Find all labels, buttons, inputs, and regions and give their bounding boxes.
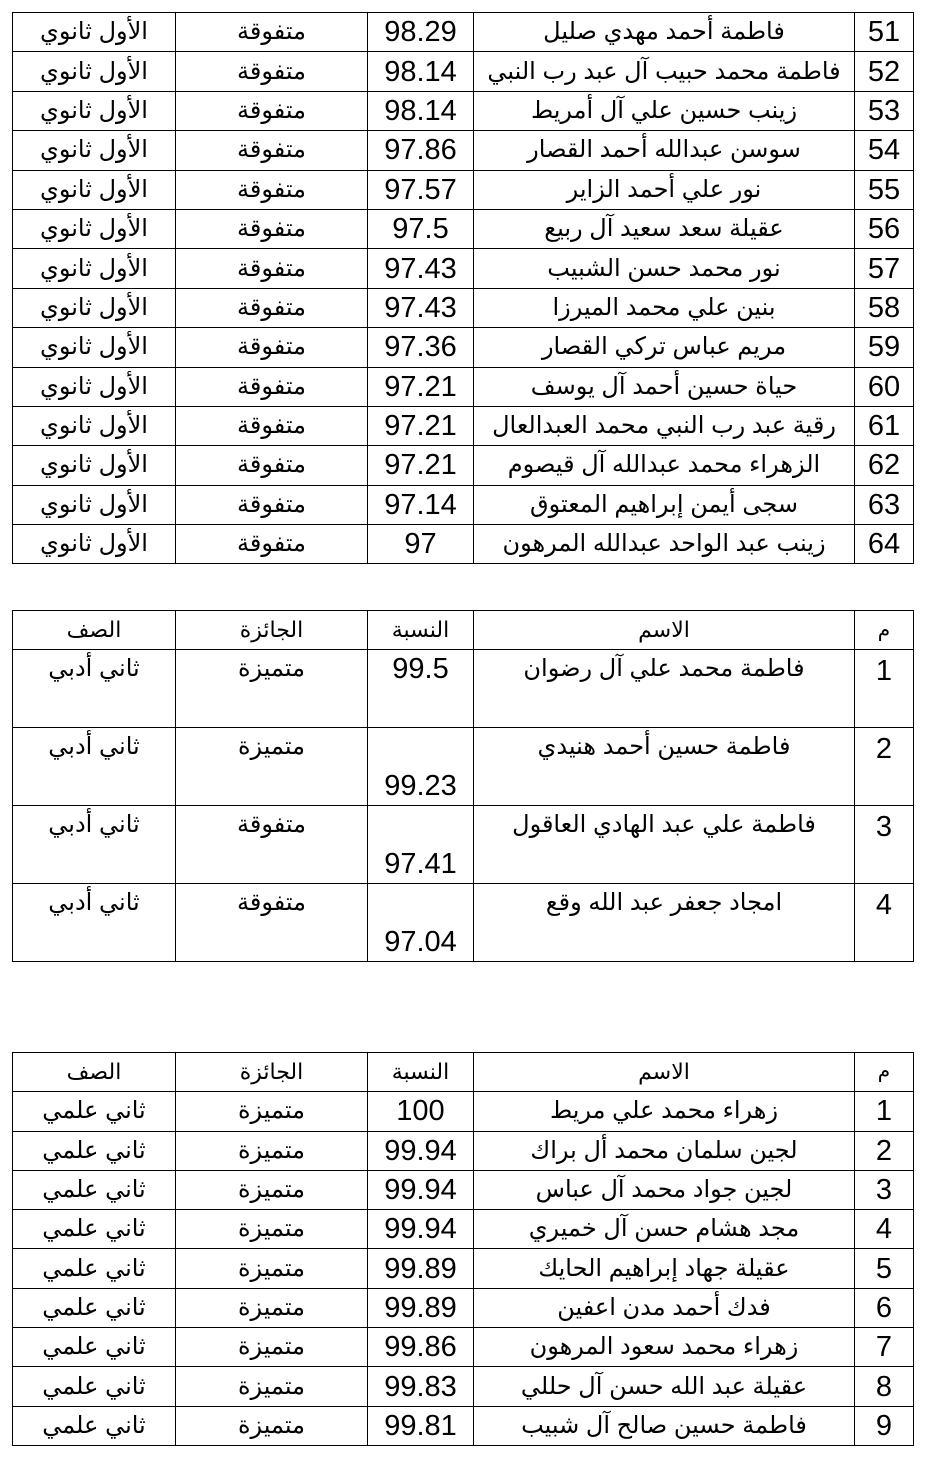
cell-number: 52: [855, 52, 914, 91]
cell-award: متفوقة: [176, 209, 368, 248]
cell-number: 58: [855, 288, 914, 327]
cell-number: 9: [855, 1406, 914, 1445]
cell-award: متميزة: [176, 1406, 368, 1445]
cell-name: عقيلة عبد الله حسن آل حللي: [474, 1367, 855, 1406]
table-row: الأول ثانويمتفوقة97زينب عبد الواحد عبدال…: [13, 525, 914, 564]
second-scientific-table-body: ثاني علميمتميزة100زهراء محمد علي مريط1ثا…: [13, 1092, 914, 1446]
table-row: ثاني علميمتميزة99.89فدك أحمد مدن اعفين6: [13, 1288, 914, 1327]
cell-award: متميزة: [176, 650, 368, 728]
cell-percentage: 97.86: [368, 131, 474, 170]
cell-grade: الأول ثانوي: [13, 367, 176, 406]
cell-number: 3: [855, 806, 914, 884]
cell-name: زينب عبد الواحد عبدالله المرهون: [474, 525, 855, 564]
cell-grade: ثاني علمي: [13, 1288, 176, 1327]
cell-name: نور محمد حسن الشبيب: [474, 249, 855, 288]
table-row: الأول ثانويمتفوقة97.21حياة حسين أحمد آل …: [13, 367, 914, 406]
table-row: الأول ثانويمتفوقة97.57نور علي أحمد الزاي…: [13, 170, 914, 209]
cell-grade: ثاني علمي: [13, 1170, 176, 1209]
cell-grade: ثاني أدبي: [13, 728, 176, 806]
table-row: ثاني علميمتميزة99.94لجين جواد محمد آل عب…: [13, 1170, 914, 1209]
table-row: ثاني علميمتميزة99.86زهراء محمد سعود المر…: [13, 1328, 914, 1367]
cell-name: فدك أحمد مدن اعفين: [474, 1288, 855, 1327]
cell-percentage: 99.94: [368, 1131, 474, 1170]
table-row: ثاني أدبيمتميزة99.5فاطمة محمد علي آل رضو…: [13, 650, 914, 728]
cell-name: الزهراء محمد عبدالله آل قيصوم: [474, 446, 855, 485]
cell-grade: ثاني علمي: [13, 1406, 176, 1445]
cell-percentage: 99.94: [368, 1210, 474, 1249]
cell-percentage: 99.81: [368, 1406, 474, 1445]
cell-number: 8: [855, 1367, 914, 1406]
cell-name: فاطمة محمد علي آل رضوان: [474, 650, 855, 728]
cell-percentage: 98.14: [368, 52, 474, 91]
cell-number: 63: [855, 485, 914, 524]
table-row: الأول ثانويمتفوقة97.36مريم عباس تركي الق…: [13, 328, 914, 367]
table-row: الأول ثانويمتفوقة97.43بنين علي محمد المي…: [13, 288, 914, 327]
cell-percentage: 99.5: [368, 650, 474, 728]
cell-number: 53: [855, 91, 914, 130]
cell-award: متفوقة: [176, 806, 368, 884]
cell-number: 5: [855, 1249, 914, 1288]
cell-number: 1: [855, 1092, 914, 1131]
table-row: الأول ثانويمتفوقة97.43نور محمد حسن الشبي…: [13, 249, 914, 288]
cell-award: متفوقة: [176, 367, 368, 406]
cell-number: 7: [855, 1328, 914, 1367]
header-grade: الصف: [13, 611, 176, 650]
cell-award: متفوقة: [176, 406, 368, 445]
cell-name: زينب حسين علي آل أمريط: [474, 91, 855, 130]
cell-award: متفوقة: [176, 249, 368, 288]
cell-grade: ثاني علمي: [13, 1131, 176, 1170]
cell-name: مجد هشام حسن آل خميري: [474, 1210, 855, 1249]
cell-percentage: 98.14: [368, 91, 474, 130]
cell-percentage: 99.86: [368, 1328, 474, 1367]
cell-grade: الأول ثانوي: [13, 249, 176, 288]
table-row: ثاني علميمتميزة99.94لجين سلمان محمد أل ب…: [13, 1131, 914, 1170]
cell-award: متفوقة: [176, 170, 368, 209]
second-scientific-honors-table: الصف الجائزة النسبة الاسم م ثاني علميمتم…: [12, 1052, 914, 1446]
cell-award: متفوقة: [176, 525, 368, 564]
cell-name: لجين سلمان محمد أل براك: [474, 1131, 855, 1170]
cell-grade: ثاني أدبي: [13, 806, 176, 884]
second-literary-honors-table: الصف الجائزة النسبة الاسم م ثاني أدبيمتم…: [12, 610, 914, 962]
cell-percentage: 99.94: [368, 1170, 474, 1209]
cell-grade: الأول ثانوي: [13, 485, 176, 524]
cell-name: لجين جواد محمد آل عباس: [474, 1170, 855, 1209]
cell-name: فاطمة حسين أحمد هنيدي: [474, 728, 855, 806]
cell-award: متميزة: [176, 728, 368, 806]
table-row: الأول ثانويمتفوقة97.21رقية عبد رب النبي …: [13, 406, 914, 445]
cell-percentage: 97.43: [368, 288, 474, 327]
cell-award: متميزة: [176, 1092, 368, 1131]
cell-percentage: 100: [368, 1092, 474, 1131]
cell-award: متفوقة: [176, 446, 368, 485]
cell-percentage: 97.21: [368, 406, 474, 445]
cell-award: متميزة: [176, 1288, 368, 1327]
cell-grade: ثاني علمي: [13, 1210, 176, 1249]
table-row: الأول ثانويمتفوقة98.14فاطمة محمد حبيب آل…: [13, 52, 914, 91]
cell-name: سجى أيمن إبراهيم المعتوق: [474, 485, 855, 524]
cell-number: 64: [855, 525, 914, 564]
table-row: ثاني علميمتميزة100زهراء محمد علي مريط1: [13, 1092, 914, 1131]
cell-percentage: 97.43: [368, 249, 474, 288]
cell-award: متميزة: [176, 1131, 368, 1170]
cell-award: متميزة: [176, 1367, 368, 1406]
header-percentage: النسبة: [368, 611, 474, 650]
table-row: ثاني علميمتميزة99.89عقيلة جهاد إبراهيم ا…: [13, 1249, 914, 1288]
cell-number: 54: [855, 131, 914, 170]
table-row: الأول ثانويمتفوقة97.5عقيلة سعد سعيد آل ر…: [13, 209, 914, 248]
table-row: الأول ثانويمتفوقة97.14سجى أيمن إبراهيم ا…: [13, 485, 914, 524]
cell-percentage: 98.29: [368, 13, 474, 52]
cell-name: بنين علي محمد الميرزا: [474, 288, 855, 327]
cell-number: 60: [855, 367, 914, 406]
cell-award: متفوقة: [176, 131, 368, 170]
cell-number: 62: [855, 446, 914, 485]
cell-grade: الأول ثانوي: [13, 209, 176, 248]
second-literary-table-body: ثاني أدبيمتميزة99.5فاطمة محمد علي آل رضو…: [13, 650, 914, 962]
cell-percentage: 97.36: [368, 328, 474, 367]
cell-grade: الأول ثانوي: [13, 446, 176, 485]
header-name: الاسم: [474, 1053, 855, 1092]
cell-grade: الأول ثانوي: [13, 328, 176, 367]
cell-number: 51: [855, 13, 914, 52]
cell-percentage: 97.41: [368, 806, 474, 884]
cell-award: متفوقة: [176, 288, 368, 327]
cell-grade: الأول ثانوي: [13, 13, 176, 52]
cell-percentage: 97.14: [368, 485, 474, 524]
cell-grade: الأول ثانوي: [13, 170, 176, 209]
first-secondary-table-body: الأول ثانويمتفوقة98.29فاطمة أحمد مهدي صل…: [13, 13, 914, 564]
header-award: الجائزة: [176, 611, 368, 650]
header-name: الاسم: [474, 611, 855, 650]
cell-percentage: 97.04: [368, 884, 474, 962]
cell-grade: الأول ثانوي: [13, 91, 176, 130]
cell-number: 2: [855, 1131, 914, 1170]
cell-percentage: 97.21: [368, 367, 474, 406]
cell-percentage: 97.57: [368, 170, 474, 209]
table-header-row: الصف الجائزة النسبة الاسم م: [13, 1053, 914, 1092]
table-row: ثاني علميمتميزة99.81فاطمة حسين صالح آل ش…: [13, 1406, 914, 1445]
cell-award: متفوقة: [176, 884, 368, 962]
cell-number: 57: [855, 249, 914, 288]
cell-number: 2: [855, 728, 914, 806]
cell-grade: الأول ثانوي: [13, 131, 176, 170]
cell-award: متفوقة: [176, 91, 368, 130]
cell-award: متميزة: [176, 1210, 368, 1249]
cell-percentage: 97.5: [368, 209, 474, 248]
cell-name: سوسن عبدالله أحمد القصار: [474, 131, 855, 170]
table-row: الأول ثانويمتفوقة98.14زينب حسين علي آل أ…: [13, 91, 914, 130]
cell-percentage: 99.89: [368, 1249, 474, 1288]
cell-grade: الأول ثانوي: [13, 406, 176, 445]
cell-percentage: 99.23: [368, 728, 474, 806]
cell-award: متفوقة: [176, 52, 368, 91]
cell-name: امجاد جعفر عبد الله وقع: [474, 884, 855, 962]
cell-grade: ثاني أدبي: [13, 884, 176, 962]
table-row: ثاني أدبيمتميزة99.23فاطمة حسين أحمد هنيد…: [13, 728, 914, 806]
cell-name: فاطمة محمد حبيب آل عبد رب النبي: [474, 52, 855, 91]
cell-number: 59: [855, 328, 914, 367]
cell-percentage: 97.21: [368, 446, 474, 485]
cell-number: 3: [855, 1170, 914, 1209]
cell-grade: ثاني علمي: [13, 1328, 176, 1367]
header-number: م: [855, 1053, 914, 1092]
cell-name: مريم عباس تركي القصار: [474, 328, 855, 367]
table-row: الأول ثانويمتفوقة97.21الزهراء محمد عبدال…: [13, 446, 914, 485]
cell-award: متميزة: [176, 1170, 368, 1209]
header-award: الجائزة: [176, 1053, 368, 1092]
header-percentage: النسبة: [368, 1053, 474, 1092]
cell-name: نور علي أحمد الزاير: [474, 170, 855, 209]
first-secondary-honors-table: الأول ثانويمتفوقة98.29فاطمة أحمد مهدي صل…: [12, 12, 914, 564]
cell-name: فاطمة حسين صالح آل شبيب: [474, 1406, 855, 1445]
cell-percentage: 99.89: [368, 1288, 474, 1327]
cell-number: 4: [855, 884, 914, 962]
cell-name: حياة حسين أحمد آل يوسف: [474, 367, 855, 406]
cell-percentage: 99.83: [368, 1367, 474, 1406]
cell-grade: ثاني أدبي: [13, 650, 176, 728]
cell-name: فاطمة أحمد مهدي صليل: [474, 13, 855, 52]
cell-name: رقية عبد رب النبي محمد العبدالعال: [474, 406, 855, 445]
cell-grade: الأول ثانوي: [13, 288, 176, 327]
cell-number: 4: [855, 1210, 914, 1249]
cell-number: 1: [855, 650, 914, 728]
table-row: الأول ثانويمتفوقة98.29فاطمة أحمد مهدي صل…: [13, 13, 914, 52]
cell-grade: ثاني علمي: [13, 1367, 176, 1406]
cell-grade: ثاني علمي: [13, 1092, 176, 1131]
cell-award: متفوقة: [176, 485, 368, 524]
table-row: ثاني علميمتميزة99.94مجد هشام حسن آل خمير…: [13, 1210, 914, 1249]
cell-name: زهراء محمد علي مريط: [474, 1092, 855, 1131]
cell-grade: الأول ثانوي: [13, 52, 176, 91]
cell-name: زهراء محمد سعود المرهون: [474, 1328, 855, 1367]
cell-name: عقيلة سعد سعيد آل ربيع: [474, 209, 855, 248]
cell-number: 56: [855, 209, 914, 248]
cell-grade: ثاني علمي: [13, 1249, 176, 1288]
table-row: ثاني علميمتميزة99.83عقيلة عبد الله حسن آ…: [13, 1367, 914, 1406]
table-header-row: الصف الجائزة النسبة الاسم م: [13, 611, 914, 650]
cell-award: متفوقة: [176, 13, 368, 52]
cell-number: 55: [855, 170, 914, 209]
cell-award: متميزة: [176, 1249, 368, 1288]
cell-grade: الأول ثانوي: [13, 525, 176, 564]
cell-award: متفوقة: [176, 328, 368, 367]
cell-percentage: 97: [368, 525, 474, 564]
cell-award: متميزة: [176, 1328, 368, 1367]
cell-name: فاطمة علي عبد الهادي العاقول: [474, 806, 855, 884]
header-number: م: [855, 611, 914, 650]
table-row: ثاني أدبيمتفوقة97.41فاطمة علي عبد الهادي…: [13, 806, 914, 884]
cell-number: 61: [855, 406, 914, 445]
table-row: ثاني أدبيمتفوقة97.04امجاد جعفر عبد الله …: [13, 884, 914, 962]
cell-name: عقيلة جهاد إبراهيم الحايك: [474, 1249, 855, 1288]
table-row: الأول ثانويمتفوقة97.86سوسن عبدالله أحمد …: [13, 131, 914, 170]
header-grade: الصف: [13, 1053, 176, 1092]
cell-number: 6: [855, 1288, 914, 1327]
